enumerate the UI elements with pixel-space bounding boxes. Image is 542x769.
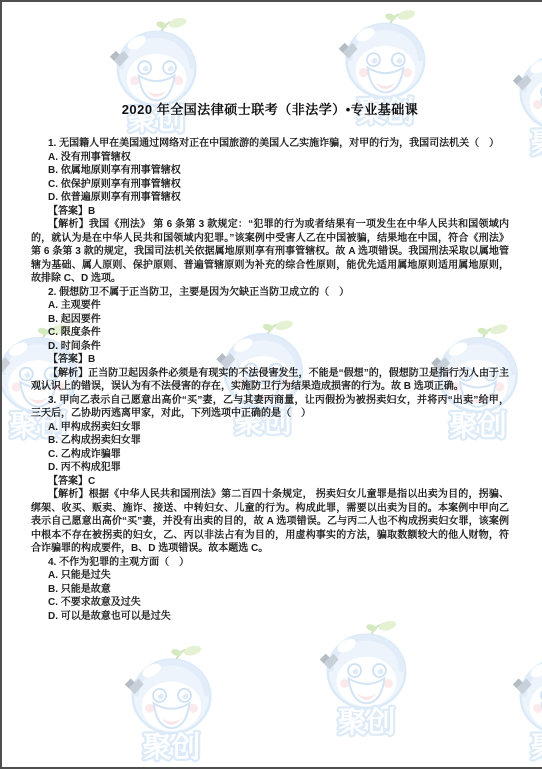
option-c: C. 限度条件: [31, 326, 509, 340]
document-page: 聚创 2020 年全国法律硕士联考（非法学）•专业基础课 1. 无国籍人甲在美国…: [0, 0, 542, 769]
question-1: 1. 无国籍人甲在美国通过网络对正在中国旅游的美国人乙实施诈骗，对甲的行为，我国…: [31, 137, 509, 286]
option-b: B. 依属地原则享有刑事管辖权: [31, 164, 509, 178]
option-b: B. 起因要件: [31, 313, 509, 327]
answer-line: 【答案】C: [31, 475, 509, 489]
watermark-mascot: [513, 40, 542, 160]
option-d: D. 依普遍原则享有刑事管辖权: [31, 191, 509, 205]
option-c: C. 依保护原则享有刑事管辖权: [31, 178, 509, 192]
question-list: 1. 无国籍人甲在美国通过网络对正在中国旅游的美国人乙实施诈骗，对甲的行为，我国…: [31, 137, 509, 623]
option-a: A. 甲构成拐卖妇女罪: [31, 421, 509, 435]
option-a: A. 只能是过失: [31, 569, 509, 583]
page-title: 2020 年全国法律硕士联考（非法学）•专业基础课: [31, 2, 509, 119]
question-stem: 3. 甲向乙表示自己愿意出高价“买”妻，乙与其妻丙商量，让丙假扮为被拐卖妇女，并…: [31, 394, 509, 421]
question-2: 2. 假想防卫不属于正当防卫，主要是因为欠缺正当防卫成立的（ ） A. 主观要件…: [31, 286, 509, 394]
option-a: A. 没有刑事管辖权: [31, 151, 509, 165]
document-content: 2020 年全国法律硕士联考（非法学）•专业基础课 1. 无国籍人甲在美国通过网…: [31, 2, 509, 623]
option-d: D. 丙不构成犯罪: [31, 461, 509, 475]
watermark-mascot: [125, 644, 211, 764]
question-3: 3. 甲向乙表示自己愿意出高价“买”妻，乙与其妻丙商量，让丙假扮为被拐卖妇女，并…: [31, 394, 509, 556]
option-d: D. 时间条件: [31, 340, 509, 354]
question-stem: 4. 不作为犯罪的主观方面（ ）: [31, 556, 509, 570]
analysis-text: 【解析】根据《中华人民共和国刑法》第二百四十条规定， 拐卖妇女儿童罪是指以出卖为…: [31, 488, 509, 556]
question-stem: 1. 无国籍人甲在美国通过网络对正在中国旅游的美国人乙实施诈骗，对甲的行为，我国…: [31, 137, 509, 151]
option-a: A. 主观要件: [31, 299, 509, 313]
watermark-mascot: [513, 644, 542, 764]
question-4: 4. 不作为犯罪的主观方面（ ） A. 只能是过失 B. 只能是故意 C. 不要…: [31, 556, 509, 624]
option-b: B. 只能是故意: [31, 583, 509, 597]
question-stem: 2. 假想防卫不属于正当防卫，主要是因为欠缺正当防卫成立的（ ）: [31, 286, 509, 300]
watermark-mascot: [320, 619, 406, 739]
option-c: C. 乙构成诈骗罪: [31, 448, 509, 462]
option-b: B. 乙构成拐卖妇女罪: [31, 434, 509, 448]
option-c: C. 不要求故意及过失: [31, 596, 509, 610]
analysis-text: 【解析】正当防卫起因条件必须是有现实的不法侵害发生，不能是“假想”的，假想防卫是…: [31, 367, 509, 394]
option-d: D. 可以是故意也可以是过失: [31, 610, 509, 624]
answer-line: 【答案】B: [31, 353, 509, 367]
analysis-text: 【解析】我国《刑法》 第 6 条第 3 款规定：“犯罪的行为或者结果有一项发生在…: [31, 218, 509, 286]
answer-line: 【答案】B: [31, 205, 509, 219]
